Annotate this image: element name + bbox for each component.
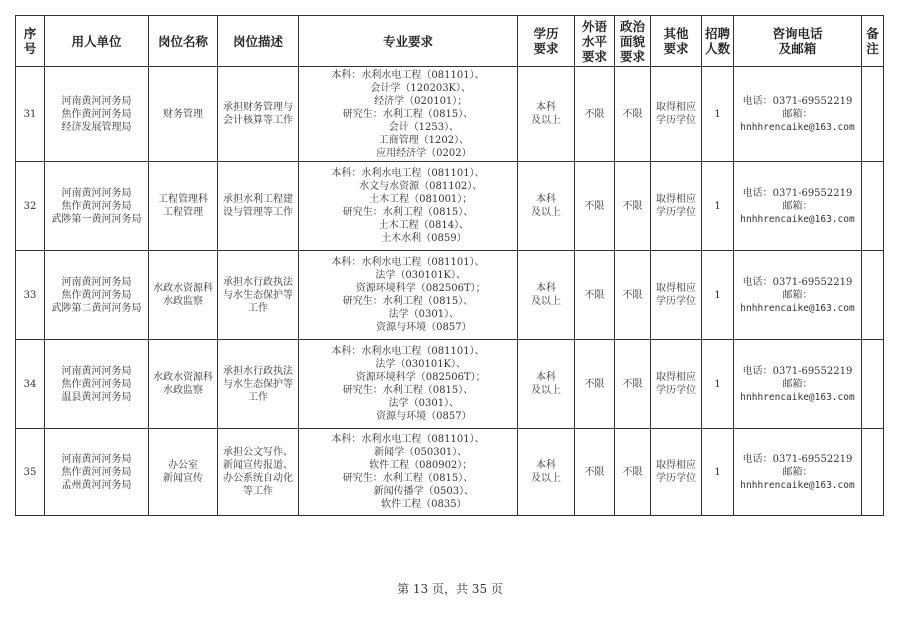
contact-email-label: 邮箱： [734, 108, 861, 121]
cell-position: 工程管理科 工程管理 [149, 162, 218, 251]
table-row: 35 河南黄河河务局 焦作黄河河务局 孟州黄河河务局 办公室 新闻宣传 承担公文… [16, 429, 884, 516]
contact-phone: 电话：0371-69552219 [734, 187, 861, 200]
cell-education: 本科 及以上 [518, 162, 575, 251]
page-indicator: 第 13 页，共 35 页 [0, 580, 900, 597]
cell-contact: 电话：0371-69552219 邮箱： hnhhrencaike@163.co… [734, 67, 862, 162]
cell-description: 承担公文写作、 新闻宣传报道、 办公系统自动化 等工作 [218, 429, 299, 516]
cell-remarks [862, 162, 884, 251]
cell-unit: 河南黄河河务局 焦作黄河河务局 武陟第二黄河河务局 [45, 251, 149, 340]
cell-count: 1 [702, 67, 734, 162]
cell-count: 1 [702, 429, 734, 516]
table-row: 33 河南黄河河务局 焦作黄河河务局 武陟第二黄河河务局 水政水资源科 水政监察… [16, 251, 884, 340]
header-description: 岗位描述 [218, 16, 299, 67]
header-political: 政治 面貌 要求 [615, 16, 651, 67]
contact-email[interactable]: hnhhrencaike@163.com [734, 121, 861, 134]
header-foreign-language: 外语 水平 要求 [575, 16, 615, 67]
header-major: 专业要求 [299, 16, 518, 67]
header-remarks: 备 注 [862, 16, 884, 67]
cell-unit: 河南黄河河务局 焦作黄河河务局 温县黄河河务局 [45, 340, 149, 429]
contact-email[interactable]: hnhhrencaike@163.com [734, 302, 861, 315]
cell-other: 取得相应 学历学位 [651, 162, 702, 251]
header-seq: 序 号 [16, 16, 45, 67]
contact-email-label: 邮箱： [734, 378, 861, 391]
contact-email[interactable]: hnhhrencaike@163.com [734, 213, 861, 226]
cell-remarks [862, 67, 884, 162]
cell-unit: 河南黄河河务局 焦作黄河河务局 孟州黄河河务局 [45, 429, 149, 516]
cell-seq: 31 [16, 67, 45, 162]
cell-remarks [862, 429, 884, 516]
contact-email-label: 邮箱： [734, 200, 861, 213]
cell-other: 取得相应 学历学位 [651, 251, 702, 340]
contact-email-label: 邮箱： [734, 289, 861, 302]
header-contact: 咨询电话 及邮箱 [734, 16, 862, 67]
cell-seq: 33 [16, 251, 45, 340]
cell-political: 不限 [615, 251, 651, 340]
table-row: 31 河南黄河河务局 焦作黄河河务局 经济发展管理局 财务管理 承担财务管理与 … [16, 67, 884, 162]
cell-position: 办公室 新闻宣传 [149, 429, 218, 516]
cell-major: 本科：水利水电工程（081101）、 法学（030101K）、 资源环境科学（0… [299, 251, 518, 340]
cell-major: 本科：水利水电工程（081101）、 水文与水资源（081102）、 土木工程（… [299, 162, 518, 251]
cell-political: 不限 [615, 340, 651, 429]
cell-education: 本科 及以上 [518, 67, 575, 162]
cell-foreign-language: 不限 [575, 162, 615, 251]
cell-political: 不限 [615, 162, 651, 251]
cell-other: 取得相应 学历学位 [651, 340, 702, 429]
cell-political: 不限 [615, 429, 651, 516]
cell-count: 1 [702, 251, 734, 340]
header-unit: 用人单位 [45, 16, 149, 67]
cell-foreign-language: 不限 [575, 340, 615, 429]
cell-description: 承担水行政执法 与水生态保护等 工作 [218, 340, 299, 429]
header-other: 其他 要求 [651, 16, 702, 67]
cell-unit: 河南黄河河务局 焦作黄河河务局 经济发展管理局 [45, 67, 149, 162]
contact-email[interactable]: hnhhrencaike@163.com [734, 479, 861, 492]
cell-description: 承担水利工程建 设与管理等工作 [218, 162, 299, 251]
table-row: 34 河南黄河河务局 焦作黄河河务局 温县黄河河务局 水政水资源科 水政监察 承… [16, 340, 884, 429]
cell-foreign-language: 不限 [575, 67, 615, 162]
cell-count: 1 [702, 162, 734, 251]
contact-email-label: 邮箱： [734, 466, 861, 479]
cell-position: 水政水资源科 水政监察 [149, 340, 218, 429]
cell-foreign-language: 不限 [575, 429, 615, 516]
cell-contact: 电话：0371-69552219 邮箱： hnhhrencaike@163.co… [734, 251, 862, 340]
contact-phone: 电话：0371-69552219 [734, 453, 861, 466]
cell-remarks [862, 340, 884, 429]
cell-seq: 34 [16, 340, 45, 429]
cell-contact: 电话：0371-69552219 邮箱： hnhhrencaike@163.co… [734, 340, 862, 429]
cell-seq: 35 [16, 429, 45, 516]
recruitment-table: 序 号 用人单位 岗位名称 岗位描述 专业要求 学历 要求 外语 水平 要求 政… [15, 15, 884, 516]
cell-education: 本科 及以上 [518, 429, 575, 516]
cell-remarks [862, 251, 884, 340]
cell-contact: 电话：0371-69552219 邮箱： hnhhrencaike@163.co… [734, 162, 862, 251]
cell-position: 财务管理 [149, 67, 218, 162]
cell-count: 1 [702, 340, 734, 429]
cell-seq: 32 [16, 162, 45, 251]
contact-email[interactable]: hnhhrencaike@163.com [734, 391, 861, 404]
contact-phone: 电话：0371-69552219 [734, 95, 861, 108]
cell-major: 本科：水利水电工程（081101）、 法学（030101K）、 资源环境科学（0… [299, 340, 518, 429]
cell-other: 取得相应 学历学位 [651, 429, 702, 516]
header-count: 招聘 人数 [702, 16, 734, 67]
cell-major: 本科：水利水电工程（081101）、 会计学（120203K）、 经济学（020… [299, 67, 518, 162]
cell-major: 本科：水利水电工程（081101）、 新闻学（050301）、 软件工程（080… [299, 429, 518, 516]
cell-education: 本科 及以上 [518, 340, 575, 429]
cell-contact: 电话：0371-69552219 邮箱： hnhhrencaike@163.co… [734, 429, 862, 516]
cell-unit: 河南黄河河务局 焦作黄河河务局 武陟第一黄河河务局 [45, 162, 149, 251]
contact-phone: 电话：0371-69552219 [734, 276, 861, 289]
table-row: 32 河南黄河河务局 焦作黄河河务局 武陟第一黄河河务局 工程管理科 工程管理 … [16, 162, 884, 251]
cell-education: 本科 及以上 [518, 251, 575, 340]
cell-position: 水政水资源科 水政监察 [149, 251, 218, 340]
contact-phone: 电话：0371-69552219 [734, 365, 861, 378]
cell-description: 承担财务管理与 会计核算等工作 [218, 67, 299, 162]
cell-other: 取得相应 学历学位 [651, 67, 702, 162]
header-row: 序 号 用人单位 岗位名称 岗位描述 专业要求 学历 要求 外语 水平 要求 政… [16, 16, 884, 67]
cell-description: 承担水行政执法 与水生态保护等 工作 [218, 251, 299, 340]
header-education: 学历 要求 [518, 16, 575, 67]
header-position: 岗位名称 [149, 16, 218, 67]
cell-political: 不限 [615, 67, 651, 162]
cell-foreign-language: 不限 [575, 251, 615, 340]
